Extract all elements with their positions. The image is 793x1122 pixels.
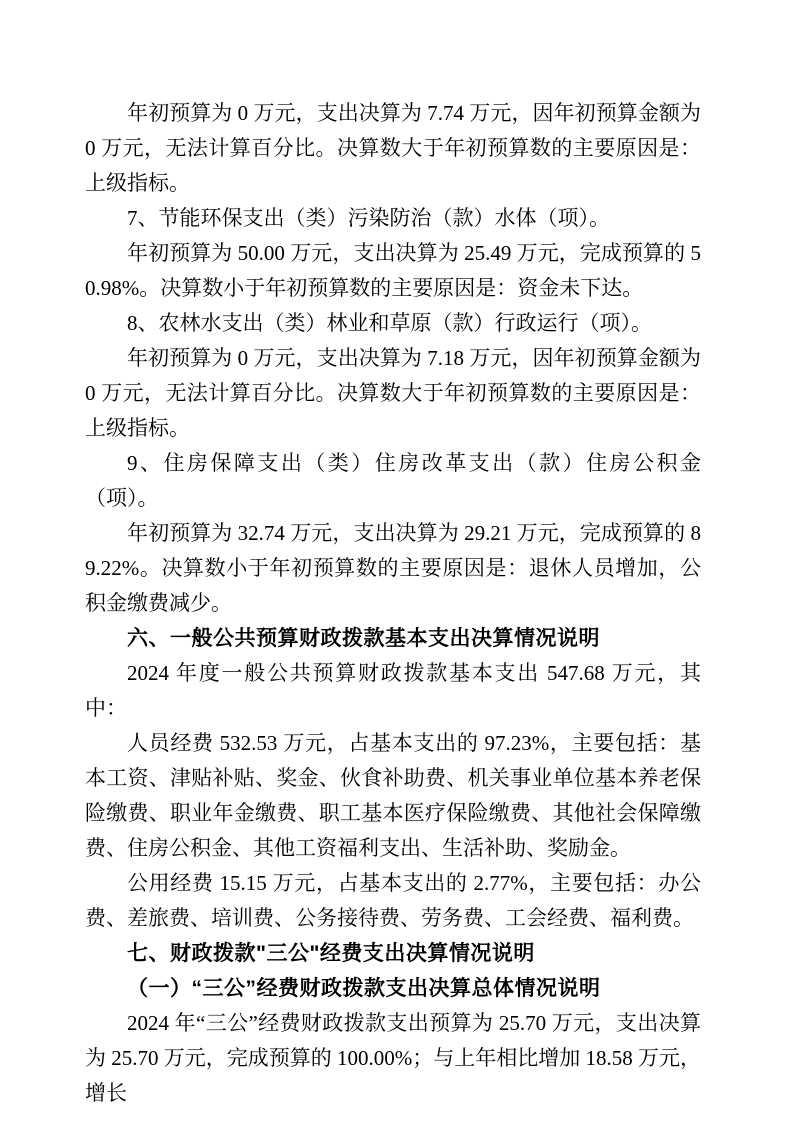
list-item-8: 8、农林水支出（类）林业和草原（款）行政运行（项）。 — [85, 306, 701, 341]
document-page: 年初预算为 0 万元，支出决算为 7.74 万元，因年初预算金额为 0 万元，无… — [0, 0, 793, 1122]
paragraph: 2024 年“三公”经费财政拨款支出预算为 25.70 万元，支出决算为 25.… — [85, 1006, 701, 1111]
paragraph: 2024 年度一般公共预算财政拨款基本支出 547.68 万元，其中： — [85, 656, 701, 726]
subsection-heading-7-1: （一）“三公”经费财政拨款支出决算总体情况说明 — [85, 971, 701, 1006]
paragraph: 公用经费 15.15 万元，占基本支出的 2.77%，主要包括：办公费、差旅费、… — [85, 866, 701, 936]
list-item-9: 9、住房保障支出（类）住房改革支出（款）住房公积金（项）。 — [85, 446, 701, 516]
paragraph: 年初预算为 0 万元，支出决算为 7.18 万元，因年初预算金额为 0 万元，无… — [85, 341, 701, 446]
list-item-7: 7、节能环保支出（类）污染防治（款）水体（项）。 — [85, 201, 701, 236]
paragraph: 年初预算为 0 万元，支出决算为 7.74 万元，因年初预算金额为 0 万元，无… — [85, 96, 701, 201]
paragraph: 年初预算为 50.00 万元，支出决算为 25.49 万元，完成预算的 50.9… — [85, 236, 701, 306]
paragraph: 人员经费 532.53 万元，占基本支出的 97.23%，主要包括：基本工资、津… — [85, 726, 701, 866]
paragraph: 年初预算为 32.74 万元，支出决算为 29.21 万元，完成预算的 89.2… — [85, 516, 701, 621]
section-heading-7: 七、财政拨款"三公"经费支出决算情况说明 — [85, 936, 701, 971]
section-heading-6: 六、一般公共预算财政拨款基本支出决算情况说明 — [85, 621, 701, 656]
